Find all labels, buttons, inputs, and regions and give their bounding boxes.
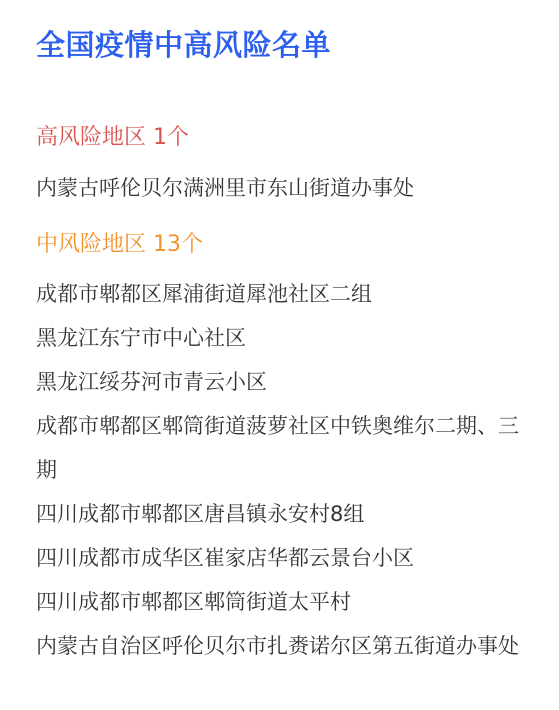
list-item: 四川成都市郫都区唐昌镇永安村8组: [36, 492, 526, 536]
list-item: 内蒙古自治区呼伦贝尔市扎赉诺尔区第五街道办事处: [36, 624, 526, 668]
list-item: 四川成都市成华区崔家店华都云景台小区: [36, 536, 526, 580]
list-item: 成都市郫都区郫筒街道菠萝社区中铁奥维尔二期、三期: [36, 404, 526, 492]
list-item: 黑龙江东宁市中心社区: [36, 316, 526, 360]
high-risk-list: 内蒙古呼伦贝尔满洲里市东山街道办事处: [36, 166, 414, 210]
medium-risk-list: 成都市郫都区犀浦街道犀池社区二组 黑龙江东宁市中心社区 黑龙江绥芬河市青云小区 …: [36, 272, 526, 668]
page-title: 全国疫情中高风险名单: [36, 26, 331, 64]
list-item: 四川成都市郫都区郫筒街道太平村: [36, 580, 526, 624]
medium-risk-heading: 中风险地区 13个: [36, 230, 203, 260]
high-risk-heading: 高风险地区 1个: [36, 123, 189, 153]
list-item: 成都市郫都区犀浦街道犀池社区二组: [36, 272, 526, 316]
list-item: 黑龙江绥芬河市青云小区: [36, 360, 526, 404]
list-item: 内蒙古呼伦贝尔满洲里市东山街道办事处: [36, 166, 414, 210]
